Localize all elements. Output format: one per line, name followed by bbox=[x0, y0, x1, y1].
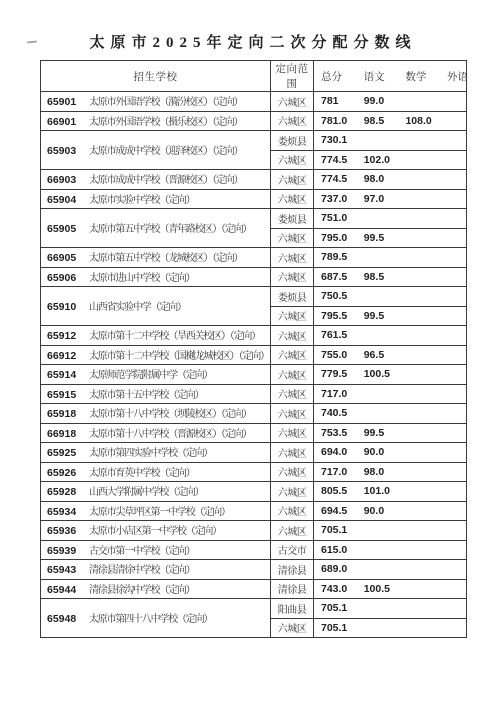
score-total: 753.5 bbox=[314, 427, 357, 439]
scores-cell: 753.5 99.5 bbox=[314, 423, 467, 443]
school-cell: 65943 清徐县清徐中学校（定向） bbox=[41, 560, 271, 580]
school-cell: 66903 太原市成成中学校（晋源校区）（定向） bbox=[41, 170, 271, 190]
school-code: 65910 bbox=[47, 301, 81, 313]
score-total: 795.0 bbox=[314, 232, 357, 244]
score-total: 795.5 bbox=[314, 310, 357, 322]
school-cell: 66901 太原市外国语学校（摄乐校区）（定向） bbox=[41, 111, 271, 131]
score-total: 705.1 bbox=[314, 524, 357, 536]
scores-cell: 781 99.0 bbox=[314, 92, 467, 112]
school-cell: 65918 太原市第十八中学校（坝陵校区）（定向） bbox=[41, 404, 271, 424]
school-name: 太原市第十八中学校（晋源校区）（定向） bbox=[89, 425, 251, 440]
scope-cell: 娄烦县 bbox=[271, 209, 314, 229]
school-code: 65906 bbox=[47, 272, 81, 284]
scope-cell: 古交市 bbox=[271, 540, 314, 560]
table-row: 65915 太原市第十五中学校（定向） 六城区 717.0 bbox=[41, 384, 467, 404]
score-chinese: 98.5 bbox=[357, 271, 399, 283]
school-name: 太原市进山中学校（定向） bbox=[89, 269, 195, 284]
scope-cell: 六城区 bbox=[271, 92, 314, 112]
score-total: 750.5 bbox=[314, 290, 357, 302]
school-cell: 65915 太原市第十五中学校（定向） bbox=[41, 384, 271, 404]
scope-cell: 六城区 bbox=[271, 423, 314, 443]
table-row: 65934 太原市尖草坪区第一中学校（定向） 六城区 694.5 90.0 bbox=[41, 501, 467, 521]
table-row: 66912 太原市第十二中学校（国樾龙城校区）（定向） 六城区 755.0 96… bbox=[41, 345, 467, 365]
school-code: 66901 bbox=[47, 116, 81, 128]
school-name: 太原市尖草坪区第一中学校（定向） bbox=[89, 503, 230, 518]
school-name: 太原市育英中学校（定向） bbox=[89, 464, 195, 479]
scope-cell: 六城区 bbox=[271, 618, 314, 638]
scores-cell: 774.5 98.0 bbox=[314, 170, 467, 190]
score-math: 108.0 bbox=[398, 115, 440, 127]
school-code: 65925 bbox=[47, 447, 81, 459]
score-total: 774.5 bbox=[314, 173, 357, 185]
school-code: 65912 bbox=[47, 330, 81, 342]
school-code: 65934 bbox=[47, 506, 81, 518]
document-page: 太原市2025年定向二次分配分数线 招生学校 定向范围 总分 语文 数学 外语 bbox=[0, 0, 500, 707]
school-name: 太原师范学院附属中学（定向） bbox=[89, 366, 212, 381]
table-row: 65901 太原市外国语学校（漪汾校区）（定向） 六城区 781 99.0 bbox=[41, 92, 467, 112]
score-chinese: 101.0 bbox=[357, 485, 399, 497]
scores-cell: 705.1 bbox=[314, 521, 467, 541]
school-cell: 65928 山西大学附属中学校（定向） bbox=[41, 482, 271, 502]
score-total: 694.0 bbox=[314, 446, 357, 458]
school-name: 山西大学附属中学校（定向） bbox=[89, 483, 203, 498]
score-total: 705.1 bbox=[314, 622, 357, 634]
school-cell: 65912 太原市第十二中学校（旱西关校区）（定向） bbox=[41, 326, 271, 346]
table-row: 65926 太原市育英中学校（定向） 六城区 717.0 98.0 bbox=[41, 462, 467, 482]
score-total: 705.1 bbox=[314, 602, 357, 614]
score-chinese: 90.0 bbox=[357, 446, 399, 458]
scope-cell: 六城区 bbox=[271, 150, 314, 170]
scores-cell: 795.0 99.5 bbox=[314, 228, 467, 248]
score-total: 737.0 bbox=[314, 193, 357, 205]
page-title: 太原市2025年定向二次分配分数线 bbox=[0, 31, 500, 52]
score-total: 781 bbox=[314, 95, 357, 107]
scores-cell: 694.5 90.0 bbox=[314, 501, 467, 521]
school-cell: 65936 太原市小店区第一中学校（定向） bbox=[41, 521, 271, 541]
score-total: 615.0 bbox=[314, 544, 357, 556]
score-chinese: 102.0 bbox=[357, 154, 399, 166]
table-row: 65906 太原市进山中学校（定向） 六城区 687.5 98.5 bbox=[41, 267, 467, 287]
scope-cell: 六城区 bbox=[271, 306, 314, 326]
score-total: 689.0 bbox=[314, 563, 357, 575]
school-cell: 65926 太原市育英中学校（定向） bbox=[41, 462, 271, 482]
table-row: 65928 山西大学附属中学校（定向） 六城区 805.5 101.0 bbox=[41, 482, 467, 502]
school-name: 太原市第十八中学校（坝陵校区）（定向） bbox=[89, 405, 251, 420]
score-chinese: 97.0 bbox=[357, 193, 399, 205]
scores-cell: 730.1 bbox=[314, 131, 467, 151]
school-code: 65901 bbox=[47, 96, 81, 108]
school-code: 65905 bbox=[47, 223, 81, 235]
scores-cell: 795.5 99.5 bbox=[314, 306, 467, 326]
scope-cell: 六城区 bbox=[271, 365, 314, 385]
score-total: 789.5 bbox=[314, 251, 357, 263]
scores-cell: 687.5 98.5 bbox=[314, 267, 467, 287]
school-cell: 66918 太原市第十八中学校（晋源校区）（定向） bbox=[41, 423, 271, 443]
table-row: 65936 太原市小店区第一中学校（定向） 六城区 705.1 bbox=[41, 521, 467, 541]
school-cell: 65901 太原市外国语学校（漪汾校区）（定向） bbox=[41, 92, 271, 112]
score-chinese: 96.5 bbox=[357, 349, 399, 361]
scope-cell: 六城区 bbox=[271, 267, 314, 287]
score-chinese: 98.5 bbox=[357, 115, 399, 127]
school-code: 65904 bbox=[47, 194, 81, 206]
score-total: 687.5 bbox=[314, 271, 357, 283]
scores-cell: 615.0 bbox=[314, 540, 467, 560]
score-chinese: 99.5 bbox=[357, 232, 399, 244]
table-row: 65903 太原市成成中学校（迎泽校区）（定向） 娄烦县 730.1 bbox=[41, 131, 467, 151]
school-code: 66905 bbox=[47, 252, 81, 264]
table-row: 65914 太原师范学院附属中学（定向） 六城区 779.5 100.5 bbox=[41, 365, 467, 385]
score-total: 740.5 bbox=[314, 407, 357, 419]
score-total: 751.0 bbox=[314, 212, 357, 224]
header-school: 招生学校 bbox=[41, 61, 271, 92]
scope-cell: 六城区 bbox=[271, 462, 314, 482]
school-code: 66903 bbox=[47, 174, 81, 186]
score-total: 717.0 bbox=[314, 388, 357, 400]
scope-cell: 六城区 bbox=[271, 443, 314, 463]
score-total: 779.5 bbox=[314, 368, 357, 380]
scope-cell: 六城区 bbox=[271, 345, 314, 365]
table-row: 66918 太原市第十八中学校（晋源校区）（定向） 六城区 753.5 99.5 bbox=[41, 423, 467, 443]
table-row: 65944 清徐县徐沟中学校（定向） 清徐县 743.0 100.5 bbox=[41, 579, 467, 599]
scope-cell: 六城区 bbox=[271, 189, 314, 209]
scope-cell: 六城区 bbox=[271, 326, 314, 346]
school-name: 太原市第五中学校（龙城校区）（定向） bbox=[89, 249, 242, 264]
score-chinese: 99.0 bbox=[357, 95, 399, 107]
table-row: 65910 山西省实验中学（定向） 娄烦县 750.5 bbox=[41, 287, 467, 307]
scores-cell: 717.0 bbox=[314, 384, 467, 404]
scores-cell: 761.5 bbox=[314, 326, 467, 346]
school-name: 古交市第一中学校（定向） bbox=[89, 542, 195, 557]
score-table: 招生学校 定向范围 总分 语文 数学 外语 65901 太原市外国语学校（漪汾校… bbox=[40, 60, 467, 638]
score-total: 755.0 bbox=[314, 349, 357, 361]
school-code: 65918 bbox=[47, 408, 81, 420]
scores-cell: 705.1 bbox=[314, 618, 467, 638]
table-row: 65904 太原市实验中学校（定向） 六城区 737.0 97.0 bbox=[41, 189, 467, 209]
score-chinese: 99.5 bbox=[357, 310, 399, 322]
school-cell: 66905 太原市第五中学校（龙城校区）（定向） bbox=[41, 248, 271, 268]
scope-cell: 六城区 bbox=[271, 521, 314, 541]
school-cell: 65910 山西省实验中学（定向） bbox=[41, 287, 271, 326]
school-cell: 66912 太原市第十二中学校（国樾龙城校区）（定向） bbox=[41, 345, 271, 365]
school-cell: 65944 清徐县徐沟中学校（定向） bbox=[41, 579, 271, 599]
scores-cell: 740.5 bbox=[314, 404, 467, 424]
table-row: 66905 太原市第五中学校（龙城校区）（定向） 六城区 789.5 bbox=[41, 248, 467, 268]
school-name: 太原市第十五中学校（定向） bbox=[89, 386, 203, 401]
school-code: 65943 bbox=[47, 564, 81, 576]
school-name: 太原市第十二中学校（国樾龙城校区）（定向） bbox=[89, 347, 269, 362]
school-name: 山西省实验中学（定向） bbox=[89, 298, 186, 313]
table-row: 66903 太原市成成中学校（晋源校区）（定向） 六城区 774.5 98.0 bbox=[41, 170, 467, 190]
table-row: 65918 太原市第十八中学校（坝陵校区）（定向） 六城区 740.5 bbox=[41, 404, 467, 424]
table-row: 65905 太原市第五中学校（青年路校区）（定向） 娄烦县 751.0 bbox=[41, 209, 467, 229]
school-code: 65944 bbox=[47, 584, 81, 596]
school-code: 65903 bbox=[47, 145, 81, 157]
school-cell: 65906 太原市进山中学校（定向） bbox=[41, 267, 271, 287]
scope-cell: 清徐县 bbox=[271, 579, 314, 599]
score-total: 694.5 bbox=[314, 505, 357, 517]
school-cell: 65948 太原市第四十八中学校（定向） bbox=[41, 599, 271, 638]
scores-cell: 743.0 100.5 bbox=[314, 579, 467, 599]
school-code: 65914 bbox=[47, 369, 81, 381]
school-code: 65915 bbox=[47, 389, 81, 401]
school-name: 太原市成成中学校（迎泽校区）（定向） bbox=[89, 142, 242, 157]
school-name: 太原市第十二中学校（旱西关校区）（定向） bbox=[89, 327, 260, 342]
scope-cell: 娄烦县 bbox=[271, 131, 314, 151]
score-total: 717.0 bbox=[314, 466, 357, 478]
scope-cell: 六城区 bbox=[271, 170, 314, 190]
school-name: 太原市第四十八中学校（定向） bbox=[89, 610, 212, 625]
school-name: 清徐县徐沟中学校（定向） bbox=[89, 581, 195, 596]
score-total: 781.0 bbox=[314, 115, 357, 127]
school-code: 65939 bbox=[47, 545, 81, 557]
school-name: 太原市成成中学校（晋源校区）（定向） bbox=[89, 171, 242, 186]
table-row: 65939 古交市第一中学校（定向） 古交市 615.0 bbox=[41, 540, 467, 560]
scores-cell: 717.0 98.0 bbox=[314, 462, 467, 482]
school-name: 太原市小店区第一中学校（定向） bbox=[89, 522, 221, 537]
scores-cell: 694.0 90.0 bbox=[314, 443, 467, 463]
table-row: 66901 太原市外国语学校（摄乐校区）（定向） 六城区 781.0 98.5 … bbox=[41, 111, 467, 131]
score-chinese: 98.0 bbox=[357, 466, 399, 478]
score-chinese: 100.5 bbox=[357, 368, 399, 380]
score-total: 805.5 bbox=[314, 485, 357, 497]
header-row: 招生学校 定向范围 总分 语文 数学 外语 bbox=[41, 61, 467, 92]
scope-cell: 六城区 bbox=[271, 404, 314, 424]
scores-cell: 755.0 96.5 bbox=[314, 345, 467, 365]
school-name: 太原市实验中学校（定向） bbox=[89, 191, 195, 206]
school-name: 太原市外国语学校（摄乐校区）（定向） bbox=[89, 113, 242, 128]
score-total: 730.1 bbox=[314, 134, 357, 146]
scores-cell: 781.0 98.5 108.0 bbox=[314, 111, 467, 131]
school-code: 65926 bbox=[47, 467, 81, 479]
header-score-math: 数学 bbox=[398, 69, 440, 84]
header-scope: 定向范围 bbox=[271, 61, 314, 92]
table-row: 65943 清徐县清徐中学校（定向） 清徐县 689.0 bbox=[41, 560, 467, 580]
table-row: 65912 太原市第十二中学校（旱西关校区）（定向） 六城区 761.5 bbox=[41, 326, 467, 346]
school-code: 65936 bbox=[47, 525, 81, 537]
school-cell: 65914 太原师范学院附属中学（定向） bbox=[41, 365, 271, 385]
school-cell: 65934 太原市尖草坪区第一中学校（定向） bbox=[41, 501, 271, 521]
scope-cell: 六城区 bbox=[271, 248, 314, 268]
school-name: 清徐县清徐中学校（定向） bbox=[89, 561, 195, 576]
header-score-chinese: 语文 bbox=[357, 69, 399, 84]
header-scores: 总分 语文 数学 外语 bbox=[314, 61, 467, 92]
scope-cell: 六城区 bbox=[271, 501, 314, 521]
table-row: 65925 太原市第四实验中学校（定向） 六城区 694.0 90.0 bbox=[41, 443, 467, 463]
school-code: 65928 bbox=[47, 486, 81, 498]
scores-cell: 774.5 102.0 bbox=[314, 150, 467, 170]
scores-cell: 689.0 bbox=[314, 560, 467, 580]
school-cell: 65904 太原市实验中学校（定向） bbox=[41, 189, 271, 209]
scope-cell: 六城区 bbox=[271, 111, 314, 131]
header-score-foreign: 外语 bbox=[440, 69, 466, 84]
school-code: 65948 bbox=[47, 613, 81, 625]
school-cell: 65925 太原市第四实验中学校（定向） bbox=[41, 443, 271, 463]
school-name: 太原市第四实验中学校（定向） bbox=[89, 444, 212, 459]
score-total: 774.5 bbox=[314, 154, 357, 166]
scores-cell: 789.5 bbox=[314, 248, 467, 268]
scores-cell: 751.0 bbox=[314, 209, 467, 229]
school-code: 66918 bbox=[47, 428, 81, 440]
score-chinese: 100.5 bbox=[357, 583, 399, 595]
scores-cell: 779.5 100.5 bbox=[314, 365, 467, 385]
scores-cell: 705.1 bbox=[314, 599, 467, 619]
scores-cell: 805.5 101.0 bbox=[314, 482, 467, 502]
school-name: 太原市外国语学校（漪汾校区）（定向） bbox=[89, 93, 242, 108]
header-score-total: 总分 bbox=[314, 69, 357, 84]
score-chinese: 98.0 bbox=[357, 173, 399, 185]
score-total: 761.5 bbox=[314, 329, 357, 341]
school-cell: 65939 古交市第一中学校（定向） bbox=[41, 540, 271, 560]
scope-cell: 娄烦县 bbox=[271, 287, 314, 307]
school-cell: 65905 太原市第五中学校（青年路校区）（定向） bbox=[41, 209, 271, 248]
table-row: 65948 太原市第四十八中学校（定向） 阳曲县 705.1 bbox=[41, 599, 467, 619]
score-chinese: 99.5 bbox=[357, 427, 399, 439]
school-code: 66912 bbox=[47, 350, 81, 362]
scores-cell: 750.5 bbox=[314, 287, 467, 307]
scope-cell: 清徐县 bbox=[271, 560, 314, 580]
score-chinese: 90.0 bbox=[357, 505, 399, 517]
score-total: 743.0 bbox=[314, 583, 357, 595]
scope-cell: 六城区 bbox=[271, 384, 314, 404]
scope-cell: 六城区 bbox=[271, 482, 314, 502]
table-body: 65901 太原市外国语学校（漪汾校区）（定向） 六城区 781 99.0 66… bbox=[41, 92, 467, 638]
school-name: 太原市第五中学校（青年路校区）（定向） bbox=[89, 220, 251, 235]
scores-cell: 737.0 97.0 bbox=[314, 189, 467, 209]
school-cell: 65903 太原市成成中学校（迎泽校区）（定向） bbox=[41, 131, 271, 170]
scope-cell: 阳曲县 bbox=[271, 599, 314, 619]
scope-cell: 六城区 bbox=[271, 228, 314, 248]
